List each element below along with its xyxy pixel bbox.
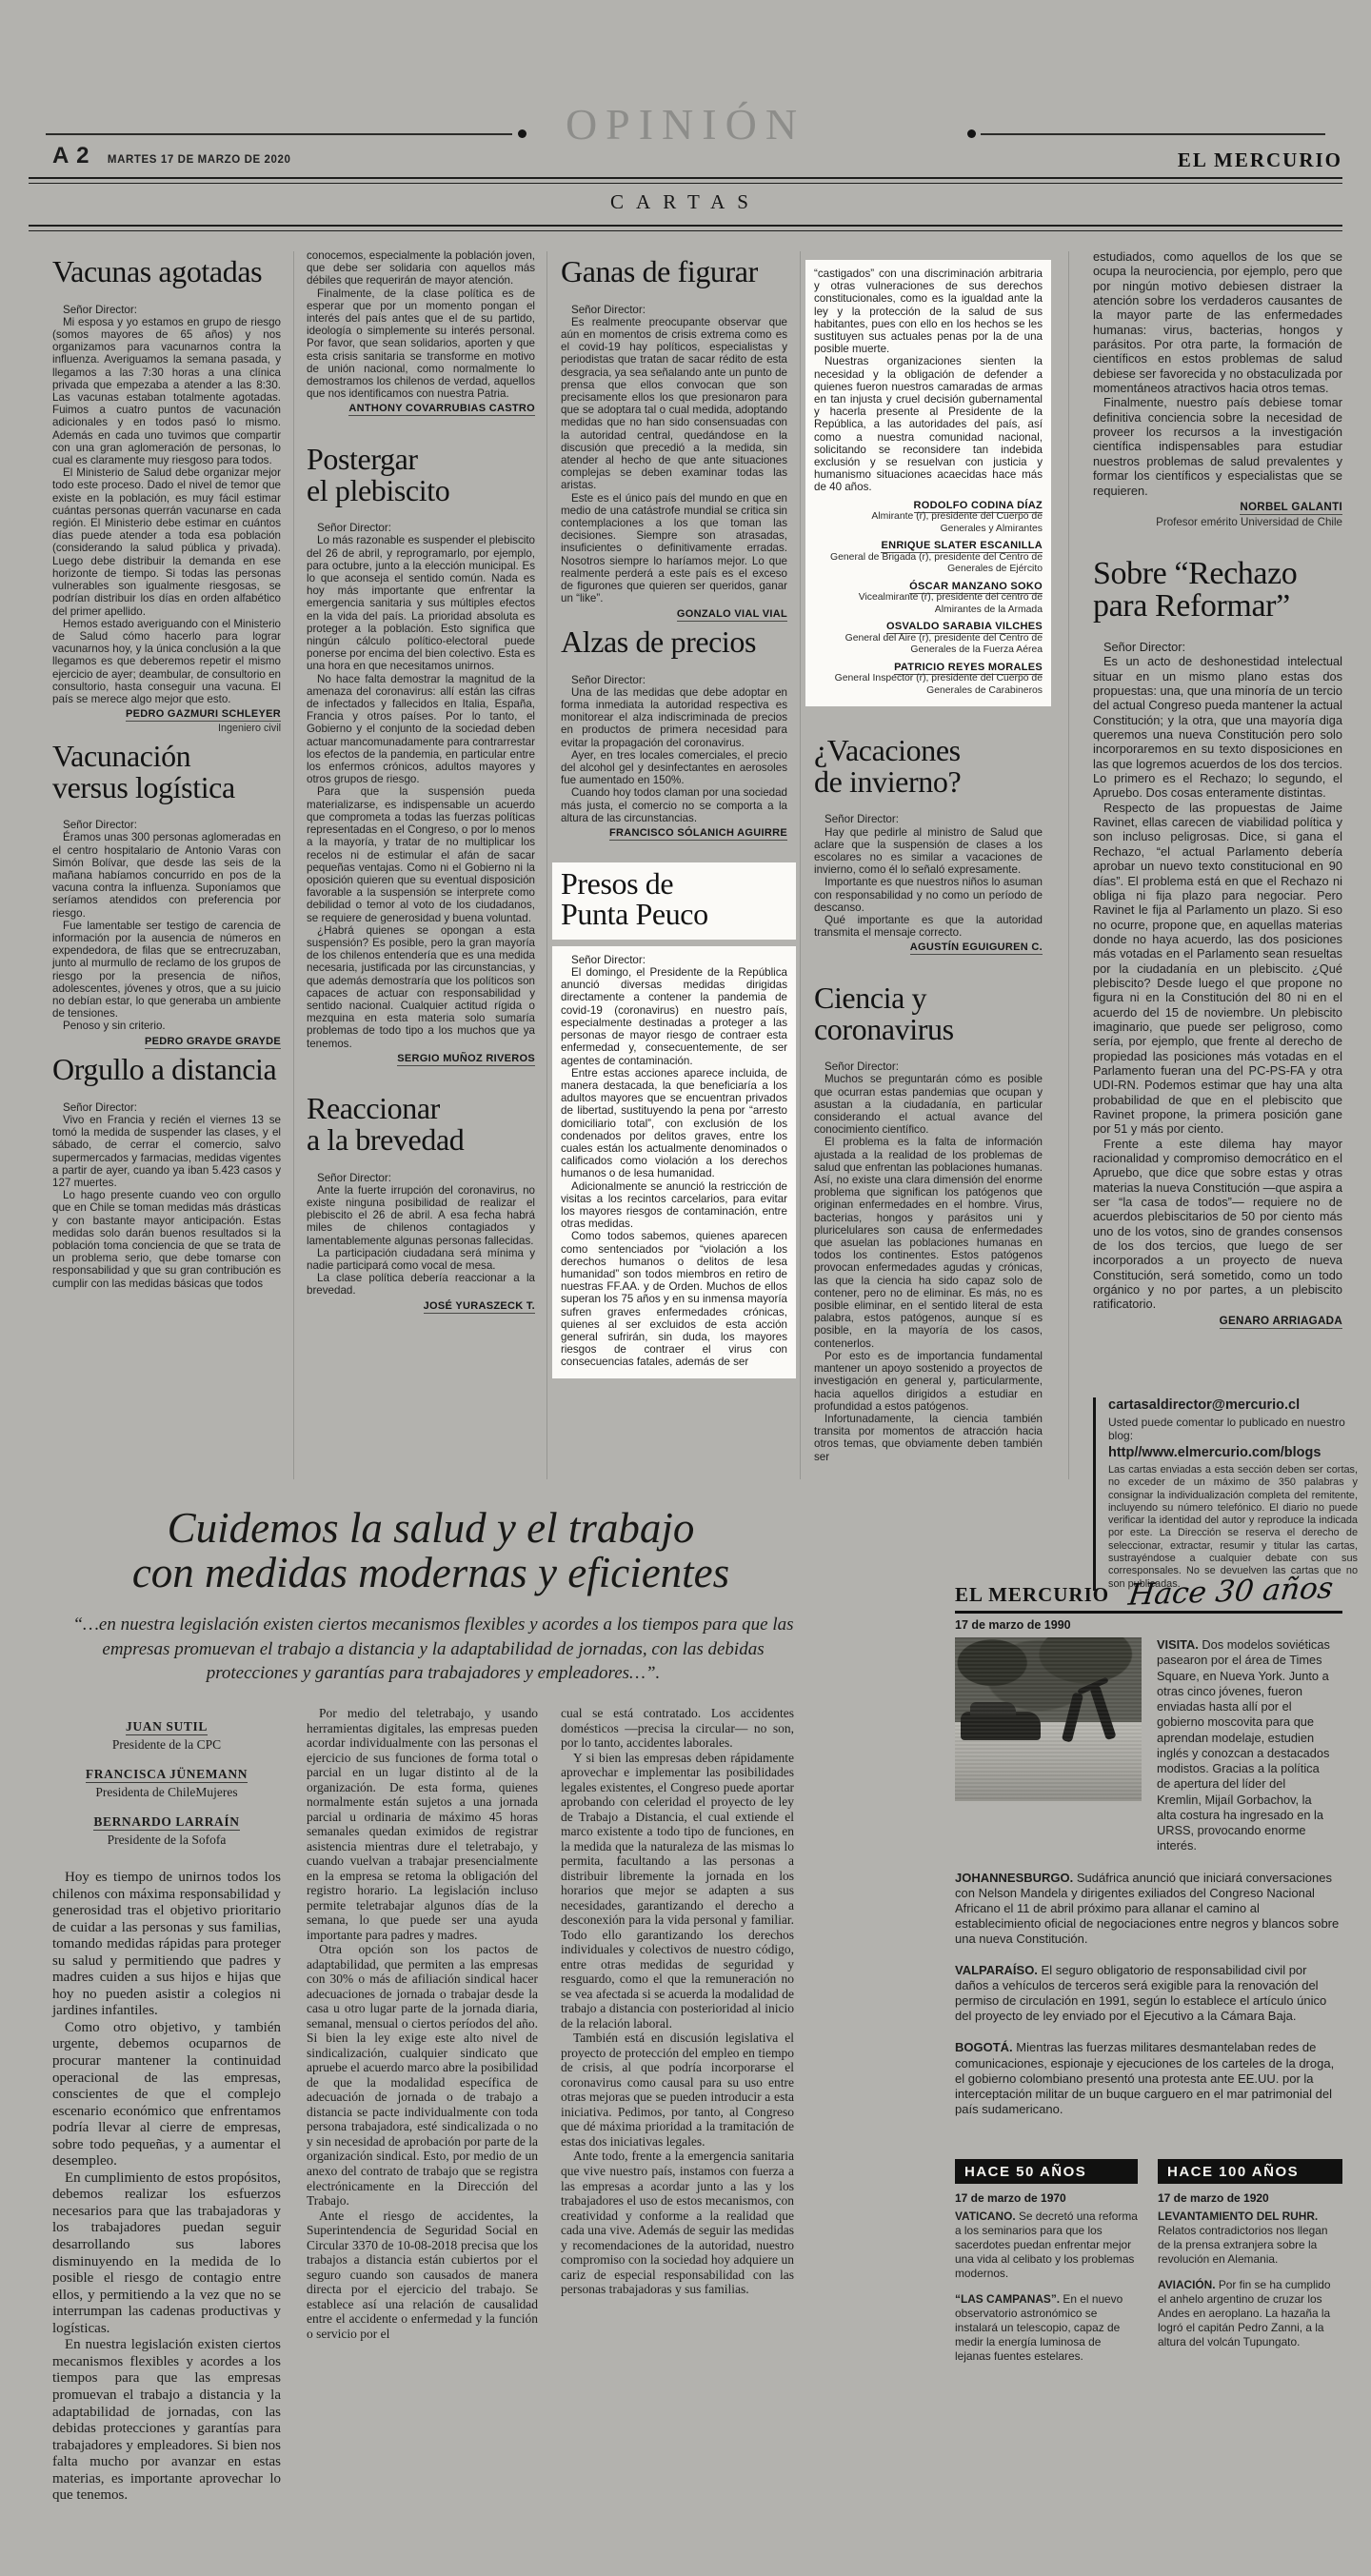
double-rule-bottom <box>29 225 1342 231</box>
letter-signature: FRANCISCO SÓLANICH AGUIRRE <box>561 827 787 840</box>
news-entry: VATICANO. Se decretó una reforma a los s… <box>955 2209 1138 2281</box>
newspaper-page: OPINIÓN A 2 MARTES 17 DE MARZO DE 2020 E… <box>0 0 1371 2576</box>
decorative-dot-left <box>518 129 527 138</box>
letters-policy-box: cartasaldirector@mercurio.cl Usted puede… <box>1093 1397 1358 1591</box>
letter-signature: PEDRO GAZMURI SCHLEYER <box>52 708 281 721</box>
salutation: Señor Director: <box>307 522 535 534</box>
paragraph: Ayer, en tres locales comerciales, el pr… <box>561 749 787 787</box>
feature-signatories: JUAN SUTIL Presidente de la CPC FRANCISC… <box>52 1719 281 1862</box>
news-entry: JOHANNESBURGO. Sudáfrica anunció que ini… <box>955 1871 1342 1948</box>
signatory-role: Presidente de la Sofofa <box>52 1833 281 1848</box>
paragraph: Ante todo, frente a la emergencia sanita… <box>561 2149 794 2296</box>
cartas-column-4: “castigados” con una discriminación arbi… <box>814 249 1043 1463</box>
letter-signature: ÓSCAR MANZANO SOKO <box>827 581 1043 593</box>
paragraph: El problema es la falta de información a… <box>814 1136 1043 1349</box>
signatory-role: Presidenta de ChileMujeres <box>52 1785 281 1800</box>
subsection-title: CARTAS <box>0 190 1371 214</box>
archive-photo <box>955 1637 1142 1801</box>
paragraph: Finalmente, de la clase política es de e… <box>307 287 535 401</box>
paragraph: Hoy es tiempo de unirnos todos los chile… <box>52 1870 281 2020</box>
folio: A 2 MARTES 17 DE MARZO DE 2020 <box>52 143 291 169</box>
paragraph: La participación ciudadana será mínima y… <box>307 1247 535 1272</box>
hace-50-date: 17 de marzo de 1970 <box>955 2191 1138 2205</box>
paragraph: Vivo en Francia y recién el viernes 13 s… <box>52 1114 281 1189</box>
paragraph: Entre estas acciones aparece incluida, d… <box>561 1067 787 1180</box>
salutation: Señor Director: <box>52 819 281 831</box>
signature-role: Ingeniero civil <box>52 723 281 734</box>
paragraph: Mi esposa y yo estamos en grupo de riesg… <box>52 316 281 466</box>
salutation: Señor Director: <box>52 304 281 316</box>
paragraph: El domingo, el Presidente de la Repúblic… <box>561 966 787 1067</box>
cartas-column-3: Ganas de figurar Señor Director: Es real… <box>561 249 787 1378</box>
signature-role: General de Brigada (r), presidente del C… <box>827 552 1043 576</box>
news-entry: BOGOTÁ. Mientras las fuerzas militares d… <box>955 2040 1342 2117</box>
edition-date: 17 de marzo de 1990 <box>955 1618 1342 1632</box>
letter-signature: NORBEL GALANTI <box>1093 501 1342 514</box>
photo-grain <box>955 1637 1142 1801</box>
salutation: Señor Director: <box>561 954 787 966</box>
newspaper-brand: EL MERCURIO <box>1178 149 1342 172</box>
decorative-rule-left <box>46 133 512 135</box>
paragraph: En nuestra legislación existen ciertos m… <box>52 2337 281 2504</box>
paragraph: Importante es que nuestros niños lo asum… <box>814 876 1043 914</box>
blog-url: http//www.elmercurio.com/blogs <box>1108 1445 1358 1460</box>
hace-50-anos-box: HACE 50 AÑOS 17 de marzo de 1970 VATICAN… <box>955 2159 1138 2375</box>
issue-date: MARTES 17 DE MARZO DE 2020 <box>108 154 291 166</box>
signature-role: Profesor emérito Universidad de Chile <box>1093 516 1342 529</box>
paragraph: Nuestras organizaciones sienten la neces… <box>814 355 1043 493</box>
salutation: Señor Director: <box>1093 640 1342 654</box>
column-rule <box>1068 251 1069 1479</box>
letters-email: cartasaldirector@mercurio.cl <box>1108 1397 1358 1413</box>
letter-signature: PEDRO GRAYDE GRAYDE <box>52 1036 281 1048</box>
column-rule <box>546 251 547 1479</box>
paragraph: Lo hago presente cuando veo con orgullo … <box>52 1189 281 1290</box>
paragraph: Hay que pedirle al ministro de Salud que… <box>814 826 1043 877</box>
hace-30-anos-sidebar: EL MERCURIO Hace 30 años 17 de marzo de … <box>955 1575 1342 2375</box>
feature-column-2: Por medio del teletrabajo, y usando herr… <box>307 1706 538 2341</box>
paragraph: Y si bien las empresas deben rápidamente… <box>561 1751 794 2031</box>
salutation: Señor Director: <box>561 674 787 686</box>
signature-role: Almirante (r), presidente del Cuerpo de … <box>827 511 1043 535</box>
paragraph: Hemos estado averiguando con el Minister… <box>52 618 281 705</box>
brand-wordmark: EL MERCURIO <box>955 1583 1109 1606</box>
paragraph-continuation: “castigados” con una discriminación arbi… <box>814 268 1043 355</box>
paragraph: Lo más razonable es suspender el plebisc… <box>307 534 535 672</box>
paragraph: Penoso y sin criterio. <box>52 1020 281 1032</box>
paragraph: Finalmente, nuestro país debiese tomar d… <box>1093 395 1342 497</box>
paragraph-continuation: estudiados, como aquellos de los que se … <box>1093 249 1342 395</box>
letter-signature: JOSÉ YURASZECK T. <box>307 1300 535 1313</box>
paragraph: Éramos unas 300 personas aglomeradas en … <box>52 831 281 919</box>
hace-50-title: HACE 50 AÑOS <box>955 2159 1138 2184</box>
blog-intro: Usted puede comentar lo publicado en nue… <box>1108 1416 1358 1442</box>
sidebar-logo: EL MERCURIO Hace 30 años <box>955 1575 1342 1614</box>
letter-title: Ganas de figurar <box>561 256 787 287</box>
paragraph: Cuando hoy todos claman por una sociedad… <box>561 786 787 824</box>
letter-title: Vacunas agotadas <box>52 256 281 287</box>
feature-quote: “…en nuestra legislación existen ciertos… <box>71 1613 795 1686</box>
double-rule-top <box>29 177 1342 184</box>
signatory-name: FRANCISCA JÜNEMANN <box>52 1767 281 1782</box>
paragraph: Ante el riesgo de accidentes, la Superin… <box>307 2209 538 2342</box>
photo-row: VISITA. Dos modelos soviéticas pasearon … <box>955 1637 1342 1854</box>
column-rule <box>800 251 801 1479</box>
letter-signature: OSVALDO SARABIA VILCHES <box>827 621 1043 633</box>
news-entry: AVIACIÓN. Por fin se ha cumplido el anhe… <box>1158 2278 1342 2349</box>
paragraph: Qué importante es que la autoridad trans… <box>814 914 1043 939</box>
paragraph: ¿Habrá quienes se opongan a esta suspens… <box>307 924 535 1050</box>
decorative-rule-right <box>981 133 1325 135</box>
paragraph: Como otro objetivo, y también urgente, d… <box>52 2020 281 2170</box>
cartas-column-2: conocemos, especialmente la población jo… <box>307 249 535 1312</box>
signatory-role: Presidente de la CPC <box>52 1737 281 1753</box>
signatory-name: BERNARDO LARRAÍN <box>52 1814 281 1830</box>
paragraph-continuation: cual se está contratado. Los accidentes … <box>561 1706 794 1751</box>
letter-title: Orgullo a distancia <box>52 1054 281 1085</box>
paragraph: No hace falta demostrar la magnitud de l… <box>307 673 535 786</box>
paragraph: Infortunadamente, la ciencia también tra… <box>814 1413 1043 1463</box>
paragraph: En cumplimiento de estos propósitos, deb… <box>52 2170 281 2337</box>
letter-title: ¿Vacacionesde invierno? <box>814 735 1043 797</box>
hace-anos-row: HACE 50 AÑOS 17 de marzo de 1970 VATICAN… <box>955 2159 1342 2375</box>
decorative-dot-right <box>967 129 976 138</box>
paragraph: Por medio del teletrabajo, y usando herr… <box>307 1706 538 1942</box>
paragraph: Adicionalmente se anunció la restricción… <box>561 1180 787 1231</box>
salutation: Señor Director: <box>52 1101 281 1114</box>
letter-signature: SERGIO MUÑOZ RIVEROS <box>307 1053 535 1065</box>
signature-role: General Inspector (r), presidente del Cu… <box>827 673 1043 697</box>
signatory-name: JUAN SUTIL <box>52 1719 281 1734</box>
feature-column-1: Hoy es tiempo de unirnos todos los chile… <box>52 1870 281 2505</box>
letter-signature: ENRIQUE SLATER ESCANILLA <box>827 540 1043 552</box>
paragraph: Para que la suspensión pueda materializa… <box>307 785 535 923</box>
paragraph: Fue lamentable ser testigo de carencia d… <box>52 920 281 1020</box>
cartas-column-1: Vacunas agotadas Señor Director: Mi espo… <box>52 249 281 1290</box>
letter-title: Reaccionara la brevedad <box>307 1093 535 1155</box>
hace-100-date: 17 de marzo de 1920 <box>1158 2191 1342 2205</box>
letter-signature: AGUSTÍN EGUIGUREN C. <box>814 941 1043 954</box>
letter-signature: RODOLFO CODINA DÍAZ <box>827 500 1043 512</box>
paragraph-continuation: conocemos, especialmente la población jo… <box>307 249 535 287</box>
salutation: Señor Director: <box>561 304 787 316</box>
paragraph: Es realmente preocupante observar que aú… <box>561 316 787 492</box>
paragraph: Como todos sabemos, quienes aparecen com… <box>561 1230 787 1368</box>
paragraph: La clase política debería reaccionar a l… <box>307 1272 535 1297</box>
highlight-box: “castigados” con una discriminación arbi… <box>805 260 1051 706</box>
letter-signature: GONZALO VIAL VIAL <box>561 608 787 621</box>
page-number: A 2 <box>52 143 89 168</box>
hace-100-anos-box: HACE 100 AÑOS 17 de marzo de 1920 LEVANT… <box>1158 2159 1342 2375</box>
column-rule <box>293 251 294 1479</box>
photo-caption: VISITA. Dos modelos soviéticas pasearon … <box>1157 1637 1332 1854</box>
paragraph: Por esto es de importancia fundamental m… <box>814 1350 1043 1413</box>
paragraph: Es un acto de deshonestidad intelectual … <box>1093 654 1342 800</box>
paragraph: El Ministerio de Salud debe organizar me… <box>52 466 281 617</box>
signature-role: General del Aire (r), presidente del Cen… <box>827 633 1043 657</box>
salutation: Señor Director: <box>814 1060 1043 1073</box>
letter-signature: PATRICIO REYES MORALES <box>827 662 1043 674</box>
news-entry: LEVANTAMIENTO DEL RUHR. Relatos contradi… <box>1158 2209 1342 2267</box>
letter-title: Ciencia y coronavirus <box>814 982 1043 1044</box>
letter-signature: ANTHONY COVARRUBIAS CASTRO <box>307 403 535 415</box>
news-entry: “LAS CAMPANAS”. En el nuevo observatorio… <box>955 2292 1138 2364</box>
signature-role: Vicealmirante (r), presidente del centro… <box>827 592 1043 616</box>
highlight-box: Señor Director: El domingo, el President… <box>552 946 796 1378</box>
letter-title: Presos dePunta Peuco <box>561 868 787 930</box>
paragraph: Otra opción son los pactos de adaptabili… <box>307 1942 538 2208</box>
paragraph: Este es el único país del mundo en que e… <box>561 492 787 605</box>
caption-lead: VISITA. <box>1157 1637 1199 1652</box>
paragraph: Ante la fuerte irrupción del coronavirus… <box>307 1184 535 1247</box>
letter-title: Vacunaciónversus logística <box>52 741 281 803</box>
letter-title: Sobre “Rechazopara Reformar” <box>1093 558 1342 624</box>
hace-100-title: HACE 100 AÑOS <box>1158 2159 1342 2184</box>
highlight-box: Presos dePunta Peuco <box>552 862 796 940</box>
letter-title: Alzas de precios <box>561 626 787 658</box>
paragraph: Frente a este dilema hay mayor racionali… <box>1093 1137 1342 1312</box>
cartas-column-5: estudiados, como aquellos de los que se … <box>1093 249 1342 1328</box>
signature-block: RODOLFO CODINA DÍAZ Almirante (r), presi… <box>814 500 1043 698</box>
salutation: Señor Director: <box>814 813 1043 825</box>
paragraph: Muchos se preguntarán cómo es posible qu… <box>814 1073 1043 1136</box>
feature-column-3: cual se está contratado. Los accidentes … <box>561 1706 794 2297</box>
salutation: Señor Director: <box>307 1172 535 1184</box>
hace-30-script: Hace 30 años <box>1126 1571 1335 1612</box>
paragraph: También está en discusión legislativa el… <box>561 2031 794 2149</box>
feature-headline: Cuidemos la salud y el trabajo con medid… <box>29 1506 833 1595</box>
letter-title: Postergarel plebiscito <box>307 444 535 505</box>
news-entry: VALPARAÍSO. El seguro obligatorio de res… <box>955 1963 1342 2024</box>
letter-signature: GENARO ARRIAGADA <box>1093 1315 1342 1328</box>
paragraph: Una de las medidas que debe adoptar en f… <box>561 686 787 749</box>
paragraph: Respecto de las propuestas de Jaime Ravi… <box>1093 801 1342 1137</box>
